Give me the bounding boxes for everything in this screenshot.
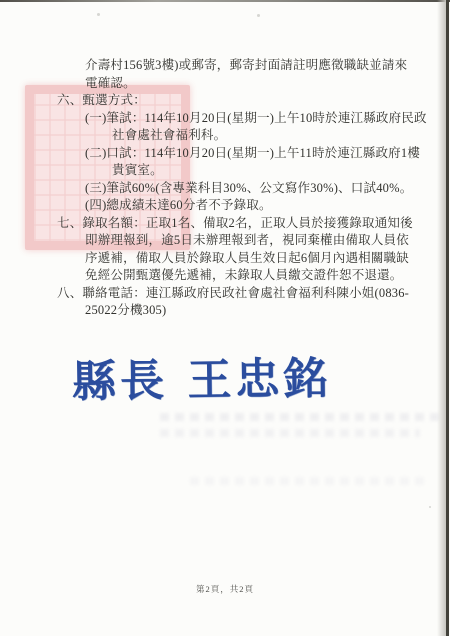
doc-line: 七、錄取名額：正取1名、備取2名，正取人員於接獲錄取通知後: [0, 215, 450, 233]
bleedthrough-ghost: [160, 429, 420, 437]
scan-speck: [429, 506, 431, 508]
doc-line: 25022分機305): [0, 302, 450, 320]
doc-line: 介壽村156號3樓)或郵寄，郵寄封面請註明應徵職缺並請來: [0, 57, 450, 75]
doc-line: (三)筆試60%(含專業科目30%、公文寫作30%)、口試40%。: [0, 180, 450, 198]
doc-line: (四)總成績未達60分者不予錄取。: [0, 197, 450, 215]
bleedthrough-ghost: [160, 413, 445, 421]
doc-line: (二)口試：114年10月20日(星期一)上午11時於連江縣政府1樓: [0, 145, 450, 163]
doc-line: 八、聯絡電話：連江縣政府民政社會處社會福利科陳小姐(0836-: [0, 285, 450, 303]
magistrate-signature: 縣長 王忠銘: [72, 342, 332, 410]
doc-line: 電確認。: [0, 75, 450, 93]
scan-speck: [257, 14, 260, 17]
doc-line: 貴賓室。: [0, 162, 450, 180]
scan-edge-top: [0, 0, 450, 2]
page-number-footer: 第2頁，共2頁: [0, 583, 450, 595]
scan-edge-right-line: [446, 0, 449, 636]
doc-line: 即辦理報到，逾5日未辦理報到者，視同棄權由備取人員依: [0, 232, 450, 250]
scanned-document-page: 介壽村156號3樓)或郵寄，郵寄封面請註明應徵職缺並請來電確認。六、甄選方式：(…: [0, 0, 450, 636]
doc-line: 六、甄選方式：: [0, 92, 450, 110]
doc-line: 社會處社會福利科。: [0, 127, 450, 145]
doc-line: (一)筆試：114年10月20日(星期一)上午10時於連江縣政府民政: [0, 110, 450, 128]
scan-edge-right-shade: [437, 0, 446, 636]
scan-speck: [97, 13, 100, 16]
doc-line: 序遞補，備取人員於錄取人員生效日起6個月內遇相關職缺: [0, 250, 450, 268]
document-body: 介壽村156號3樓)或郵寄，郵寄封面請註明應徵職缺並請來電確認。六、甄選方式：(…: [0, 57, 450, 320]
bleedthrough-ghost: [190, 477, 425, 485]
doc-line: 免經公開甄選優先遞補，未錄取人員繳交證件恕不退還。: [0, 267, 450, 285]
